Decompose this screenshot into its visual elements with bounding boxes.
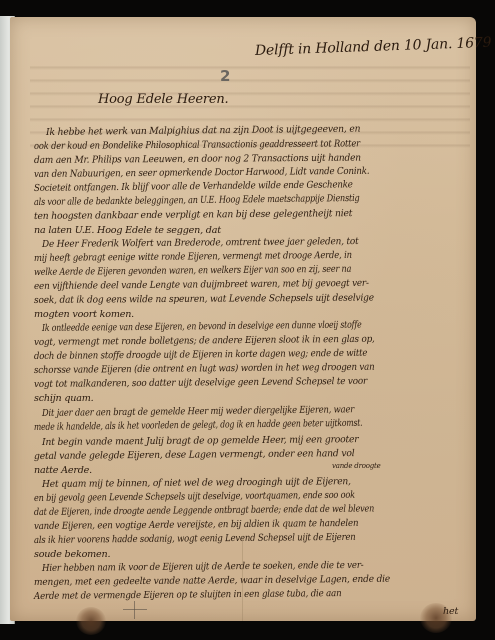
text-line: Dit jaer daer aen bragt de gemelde Heer …: [42, 405, 354, 418]
dateline: Delfft in Holland den 10 Jan. 1679: [255, 35, 492, 59]
text-line: doch de binnen stoffe droogde uijt de Ei…: [34, 349, 367, 362]
text-line: vogt, vermengt met ronde bolletgens; de …: [34, 335, 375, 348]
text-line: na laten U.E. Hoog Edele te seggen, dat: [34, 226, 221, 236]
text-line: De Heer Frederik Wolfert van Brederode, …: [42, 237, 359, 250]
text-line: als voor alle de bedankte beleggingen, a…: [34, 194, 360, 208]
text-line: ook der koud en Bondelike Philosophical …: [34, 139, 360, 151]
catchword: het: [443, 607, 458, 617]
text-line: soude bekomen.: [34, 550, 110, 560]
text-line: mogten voort komen.: [34, 310, 134, 320]
text-line: dam aen Mr. Philips van Leeuwen, en door…: [34, 154, 361, 166]
text-line: getal vande gelegde Eijeren, dese Lagen …: [34, 449, 355, 462]
manuscript-page: 2 Delfft in Holland den 10 Jan. 1679 Hoo…: [10, 17, 476, 621]
text-line: mij heeft gebragt eenige witte ronde Eij…: [34, 251, 352, 264]
text-line: Int begin vande maent Julij bragt de op …: [42, 435, 359, 447]
text-line: Het quam mij te binnen, of niet wel de w…: [42, 477, 351, 489]
folio-number: 2: [220, 67, 230, 85]
text-line: van den Nabuurigen, en seer opmerkende D…: [34, 167, 369, 180]
text-line: mede ik handelde, als ik het voorleden d…: [34, 419, 363, 433]
interlinear-insertion: vande droogte: [332, 462, 381, 470]
text-line: schorsse vande Eijeren (die ontrent en l…: [34, 363, 375, 376]
text-line: Societeit ontfangen. Ik blijf voor alle …: [34, 180, 353, 193]
pencil-cross-mark: [123, 609, 147, 610]
text-line: een vijfthiende deel vande Lengte van du…: [34, 279, 369, 292]
text-line: Hier hebben nam ik voor de Eijeren uijt …: [42, 561, 364, 574]
text-line: en bij gevolg geen Levende Schepsels uij…: [34, 491, 355, 504]
text-line: mengen, met een gedeelte vande natte Aer…: [34, 575, 390, 588]
text-line: natte Aerde.: [34, 466, 92, 476]
salutation: Hoog Edele Heeren.: [98, 92, 228, 107]
text-line: vogt tot malkanderen, soo datter uijt de…: [34, 377, 367, 390]
text-line: ten hoogsten dankbaar ende verpligt en k…: [34, 209, 352, 221]
text-line: soek, dat ik dog eens wilde na speuren, …: [34, 293, 374, 305]
text-line: vande Eijeren, een vogtige Aerde vereijs…: [34, 519, 358, 532]
stain-mark-left: [76, 607, 106, 635]
text-line: als ik hier voorens hadde sodanig, wogt …: [34, 533, 356, 546]
text-line: Ik ontleedde eenige van dese Eijeren, en…: [42, 321, 362, 334]
text-line: schijn quam.: [34, 394, 94, 404]
text-line: welke Aerde de Eijeren gevonden waren, e…: [34, 265, 351, 278]
text-line: Aerde met de vermengde Eijeren op te slu…: [34, 589, 342, 602]
text-line: dat de Eijeren, inde droogte aende Legge…: [34, 504, 374, 517]
